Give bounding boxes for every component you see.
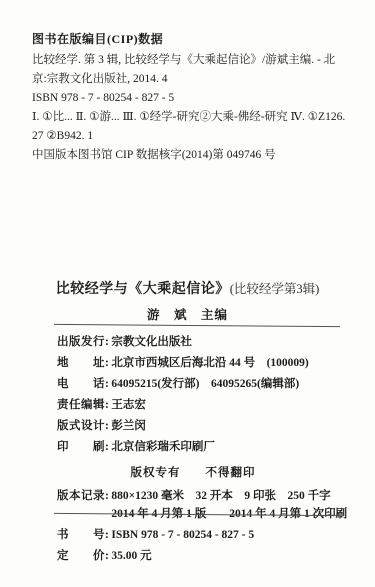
pub-row-publisher: 出版发行: 宗教文化出版社 xyxy=(57,335,349,349)
pub-row-label: 印 刷: xyxy=(57,440,109,454)
pub-row-value: 64095215(发行部) 64095265(编辑部) xyxy=(111,377,299,391)
book-title: 比较经学与《大乘起信论》(比较经学第3辑) xyxy=(0,278,375,298)
cip-record-number: 中国版本图书馆 CIP 数据核字(2014)第 049746 号 xyxy=(32,146,346,165)
copyright-notice: 版权专有 不得翻印 xyxy=(57,464,349,480)
pub-row-label: 出版发行: xyxy=(57,335,109,349)
pub-row-editor: 责任编辑: 王志宏 xyxy=(57,398,349,412)
title-block: 比较经学与《大乘起信论》(比较经学第3辑) 游 斌 主编 xyxy=(0,278,375,323)
top-divider xyxy=(54,324,340,328)
publication-info: 出版发行: 宗教文化出版社 地 址: 北京市西城区后海北沿 44 号 (1000… xyxy=(57,335,349,570)
pub-row-value: 王志宏 xyxy=(111,398,146,412)
pub-row-label: 定 价: xyxy=(57,549,109,563)
pub-row-label: 版本记录: xyxy=(57,489,109,503)
pub-row-value: 宗教文化出版社 xyxy=(111,335,192,349)
pub-row-phone: 电 话: 64095215(发行部) 64095265(编辑部) xyxy=(57,377,349,391)
pub-row-printer: 印 刷: 北京信彩瑞禾印刷厂 xyxy=(57,440,349,454)
pub-row-designer: 版式设计: 彭兰闵 xyxy=(57,419,349,433)
editor-line: 游 斌 主编 xyxy=(0,305,375,323)
pub-row-address: 地 址: 北京市西城区后海北沿 44 号 (100009) xyxy=(57,356,349,370)
pub-row-value: 北京市西城区后海北沿 44 号 (100009) xyxy=(111,356,308,370)
pub-row-value: 彭兰闵 xyxy=(111,419,146,433)
pub-row-price: 定 价: 35.00 元 xyxy=(57,549,349,563)
book-title-series: (比较经学第3辑) xyxy=(230,282,320,296)
cip-header: 图书在版编目(CIP)数据 xyxy=(32,30,346,49)
pub-row-label: 责任编辑: xyxy=(57,398,109,412)
pub-row-label: 书 号: xyxy=(57,528,109,542)
pub-row-label: 版式设计: xyxy=(57,419,109,433)
pub-row-value: 35.00 元 xyxy=(111,549,151,563)
book-copyright-page: 图书在版编目(CIP)数据 比较经学. 第 3 辑, 比较经学与《大乘起信论》/… xyxy=(0,0,375,587)
cip-classification: Ⅰ. ①比... Ⅱ. ①游... Ⅲ. ①经学-研究②大乘-佛经-研究 Ⅳ. … xyxy=(32,108,346,146)
edition-format: 880×1230 毫米 32 开本 9 印张 250 千字 xyxy=(111,490,330,502)
pub-row-isbn: 书 号: ISBN 978 - 7 - 80254 - 827 - 5 xyxy=(57,528,349,542)
book-title-main: 比较经学与《大乘起信论》 xyxy=(56,282,230,297)
pub-row-label: 地 址: xyxy=(57,356,109,370)
cip-bibliography: 比较经学. 第 3 辑, 比较经学与《大乘起信论》/游斌主编. - 北京:宗教文… xyxy=(32,51,346,89)
pub-row-value: 北京信彩瑞禾印刷厂 xyxy=(111,440,215,454)
pub-row-label: 电 话: xyxy=(57,377,109,391)
cip-block: 图书在版编目(CIP)数据 比较经学. 第 3 辑, 比较经学与《大乘起信论》/… xyxy=(32,30,346,165)
pub-row-value: ISBN 978 - 7 - 80254 - 827 - 5 xyxy=(111,528,254,542)
cip-isbn: ISBN 978 - 7 - 80254 - 827 - 5 xyxy=(32,89,346,108)
